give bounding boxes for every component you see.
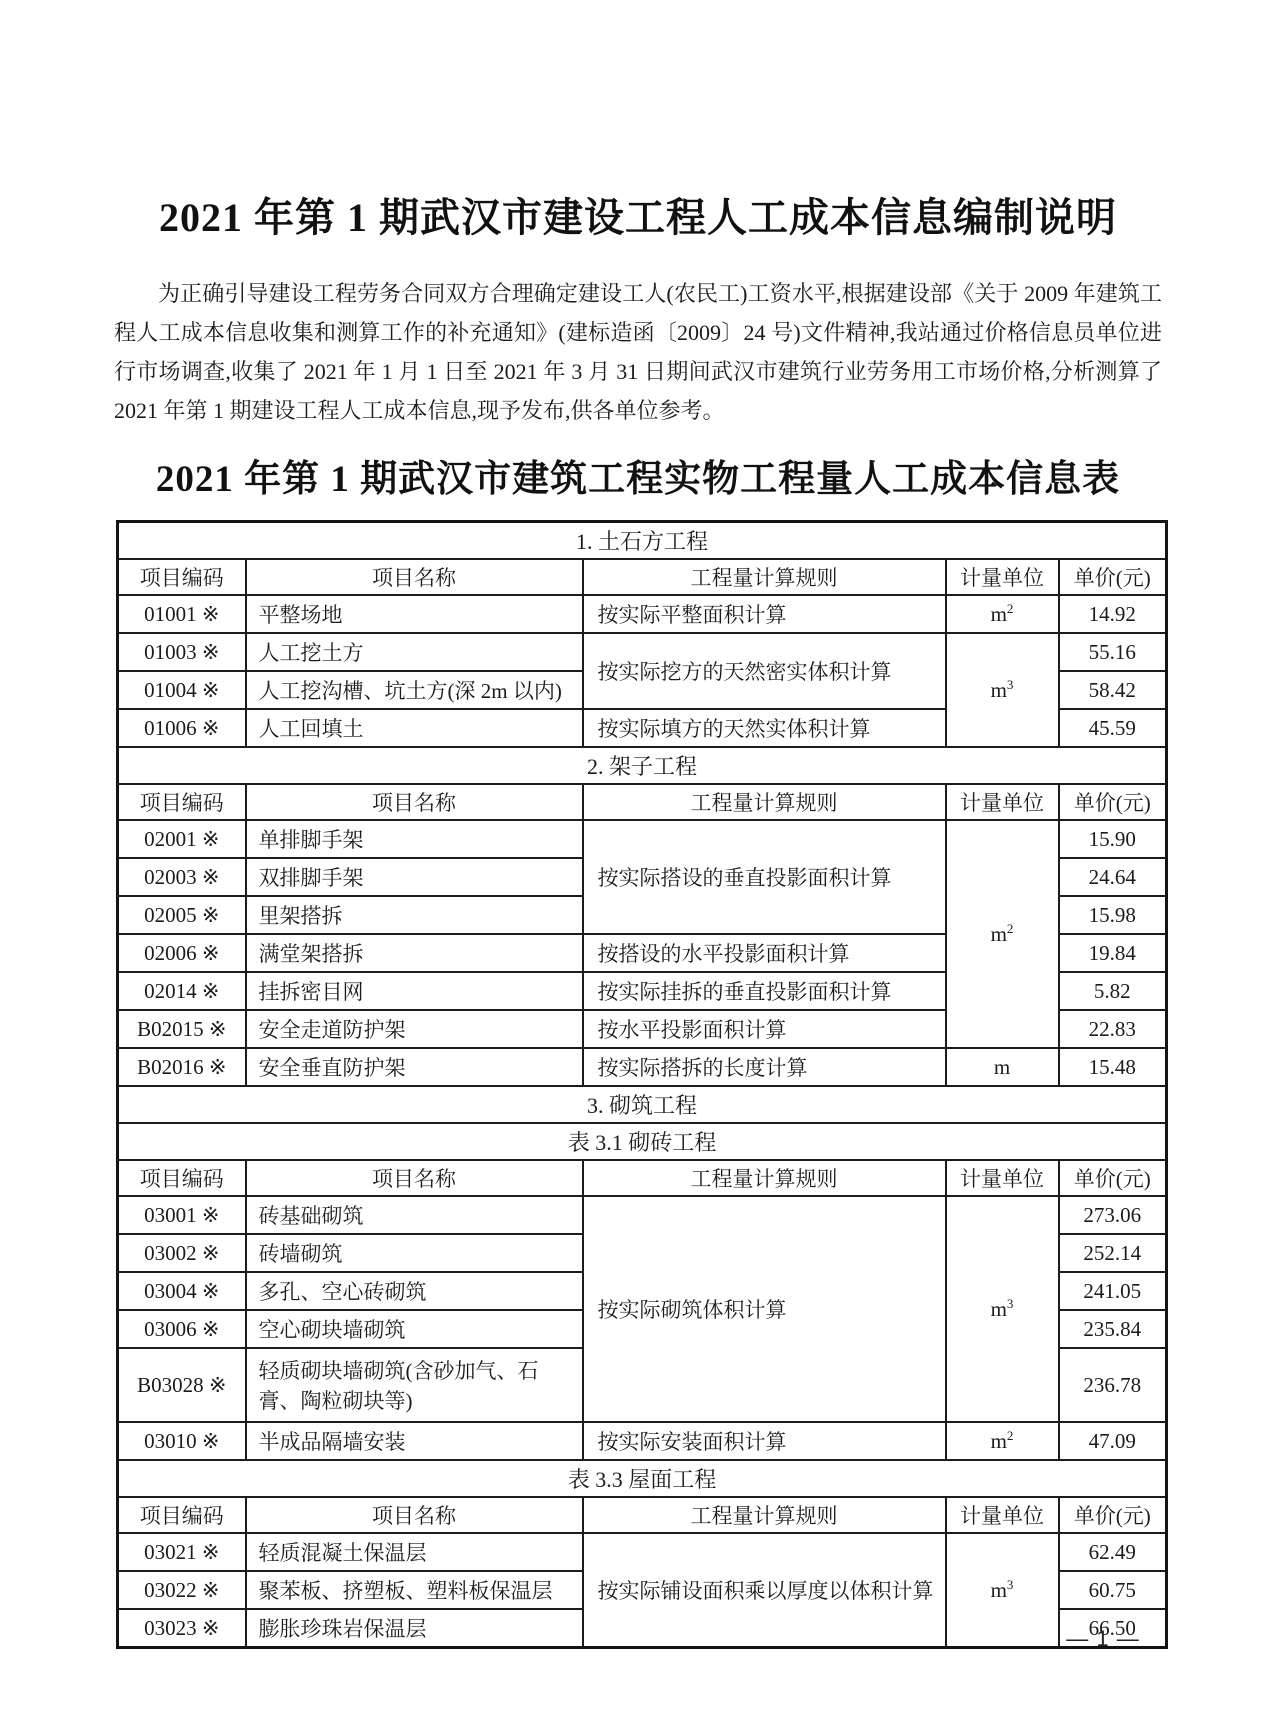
- subsection-row: 表 3.3 屋面工程: [118, 1460, 1167, 1497]
- column-header: 工程量计算规则: [583, 784, 946, 820]
- column-header: 计量单位: [946, 559, 1059, 595]
- unit-cell: m3: [946, 1196, 1059, 1422]
- item-name-cell: 满堂架搭拆: [246, 934, 583, 972]
- table-row: B02016 ※安全垂直防护架按实际搭拆的长度计算m15.48: [118, 1048, 1167, 1086]
- unit-exponent: 3: [1007, 1577, 1014, 1592]
- table-body: 1. 土石方工程项目编码项目名称工程量计算规则计量单位单价(元)01001 ※平…: [118, 522, 1167, 1648]
- header-row: 项目编码项目名称工程量计算规则计量单位单价(元): [118, 1160, 1167, 1196]
- item-code-cell: 03023 ※: [118, 1609, 246, 1648]
- item-code-cell: 03004 ※: [118, 1272, 246, 1310]
- column-header: 计量单位: [946, 784, 1059, 820]
- unit-price-cell: 15.90: [1059, 820, 1167, 858]
- subsection-row: 表 3.1 砌砖工程: [118, 1123, 1167, 1160]
- column-header: 项目编码: [118, 1160, 246, 1196]
- unit-price-cell: 15.98: [1059, 896, 1167, 934]
- unit-price-cell: 24.64: [1059, 858, 1167, 896]
- column-header: 工程量计算规则: [583, 1497, 946, 1533]
- unit-exponent: 2: [1007, 921, 1014, 936]
- table-row: 03021 ※轻质混凝土保温层按实际铺设面积乘以厚度以体积计算m362.49: [118, 1533, 1167, 1571]
- item-name-cell: 安全垂直防护架: [246, 1048, 583, 1086]
- item-name-cell: 砖基础砌筑: [246, 1196, 583, 1234]
- table-section-title: 2. 架子工程: [118, 747, 1167, 784]
- unit-exponent: 3: [1007, 677, 1014, 692]
- item-code-cell: B02016 ※: [118, 1048, 246, 1086]
- item-code-cell: B02015 ※: [118, 1010, 246, 1048]
- calc-rule-cell: 按实际填方的天然实体积计算: [583, 709, 946, 747]
- item-code-cell: 01004 ※: [118, 671, 246, 709]
- item-code-cell: 02003 ※: [118, 858, 246, 896]
- section-row: 2. 架子工程: [118, 747, 1167, 784]
- table-section-title: 3. 砌筑工程: [118, 1086, 1167, 1123]
- header-row: 项目编码项目名称工程量计算规则计量单位单价(元): [118, 784, 1167, 820]
- table-row: 03001 ※砖基础砌筑按实际砌筑体积计算m3273.06: [118, 1196, 1167, 1234]
- calc-rule-cell: 按实际挂拆的垂直投影面积计算: [583, 972, 946, 1010]
- unit-price-cell: 19.84: [1059, 934, 1167, 972]
- table-row: 02001 ※单排脚手架按实际搭设的垂直投影面积计算m215.90: [118, 820, 1167, 858]
- item-code-cell: 03002 ※: [118, 1234, 246, 1272]
- unit-price-cell: 5.82: [1059, 972, 1167, 1010]
- item-code-cell: B03028 ※: [118, 1348, 246, 1422]
- unit-exponent: 2: [1007, 1428, 1014, 1443]
- unit-price-cell: 62.49: [1059, 1533, 1167, 1571]
- column-header: 工程量计算规则: [583, 1160, 946, 1196]
- unit-price-cell: 22.83: [1059, 1010, 1167, 1048]
- table-section-title: 1. 土石方工程: [118, 522, 1167, 560]
- item-code-cell: 02005 ※: [118, 896, 246, 934]
- unit-cell: m2: [946, 595, 1059, 633]
- header-row: 项目编码项目名称工程量计算规则计量单位单价(元): [118, 1497, 1167, 1533]
- column-header: 单价(元): [1059, 1160, 1167, 1196]
- column-header: 工程量计算规则: [583, 559, 946, 595]
- calc-rule-cell: 按实际安装面积计算: [583, 1422, 946, 1460]
- unit-price-cell: 55.16: [1059, 633, 1167, 671]
- document-title: 2021 年第 1 期武汉市建设工程人工成本信息编制说明: [114, 186, 1162, 243]
- item-code-cell: 03001 ※: [118, 1196, 246, 1234]
- unit-price-cell: 235.84: [1059, 1310, 1167, 1348]
- item-code-cell: 02001 ※: [118, 820, 246, 858]
- column-header: 项目名称: [246, 1160, 583, 1196]
- header-row: 项目编码项目名称工程量计算规则计量单位单价(元): [118, 559, 1167, 595]
- item-code-cell: 01001 ※: [118, 595, 246, 633]
- unit-price-cell: 47.09: [1059, 1422, 1167, 1460]
- labor-cost-info-table: 1. 土石方工程项目编码项目名称工程量计算规则计量单位单价(元)01001 ※平…: [116, 520, 1168, 1649]
- column-header: 项目编码: [118, 784, 246, 820]
- item-code-cell: 01006 ※: [118, 709, 246, 747]
- item-code-cell: 03006 ※: [118, 1310, 246, 1348]
- unit-cell: m3: [946, 633, 1059, 747]
- calc-rule-cell: 按实际搭拆的长度计算: [583, 1048, 946, 1086]
- column-header: 项目名称: [246, 1497, 583, 1533]
- item-name-cell: 空心砌块墙砌筑: [246, 1310, 583, 1348]
- calc-rule-cell: 按实际砌筑体积计算: [583, 1196, 946, 1422]
- column-header: 计量单位: [946, 1160, 1059, 1196]
- item-code-cell: 03022 ※: [118, 1571, 246, 1609]
- item-name-cell: 多孔、空心砖砌筑: [246, 1272, 583, 1310]
- column-header: 项目编码: [118, 559, 246, 595]
- table-subsection-title: 表 3.1 砌砖工程: [118, 1123, 1167, 1160]
- item-name-cell: 人工回填土: [246, 709, 583, 747]
- unit-exponent: 2: [1007, 601, 1014, 616]
- section-row: 3. 砌筑工程: [118, 1086, 1167, 1123]
- unit-price-cell: 273.06: [1059, 1196, 1167, 1234]
- calc-rule-cell: 按搭设的水平投影面积计算: [583, 934, 946, 972]
- item-code-cell: 02006 ※: [118, 934, 246, 972]
- unit-cell: m2: [946, 1422, 1059, 1460]
- item-code-cell: 03021 ※: [118, 1533, 246, 1571]
- item-name-cell: 聚苯板、挤塑板、塑料板保温层: [246, 1571, 583, 1609]
- column-header: 项目编码: [118, 1497, 246, 1533]
- item-name-cell: 安全走道防护架: [246, 1010, 583, 1048]
- item-name-cell: 轻质混凝土保温层: [246, 1533, 583, 1571]
- unit-cell: m3: [946, 1533, 1059, 1648]
- item-name-cell: 双排脚手架: [246, 858, 583, 896]
- item-name-cell: 人工挖土方: [246, 633, 583, 671]
- calc-rule-cell: 按水平投影面积计算: [583, 1010, 946, 1048]
- table-row: 01001 ※平整场地按实际平整面积计算m214.92: [118, 595, 1167, 633]
- unit-cell: m2: [946, 820, 1059, 1048]
- item-name-cell: 砖墙砌筑: [246, 1234, 583, 1272]
- section-row: 1. 土石方工程: [118, 522, 1167, 560]
- column-header: 单价(元): [1059, 559, 1167, 595]
- column-header: 项目名称: [246, 784, 583, 820]
- calc-rule-cell: 按实际挖方的天然密实体积计算: [583, 633, 946, 709]
- item-name-cell: 半成品隔墙安装: [246, 1422, 583, 1460]
- table-row: 01003 ※人工挖土方按实际挖方的天然密实体积计算m355.16: [118, 633, 1167, 671]
- unit-price-cell: 45.59: [1059, 709, 1167, 747]
- item-name-cell: 轻质砌块墙砌筑(含砂加气、石膏、陶粒砌块等): [246, 1348, 583, 1422]
- item-name-cell: 人工挖沟槽、坑土方(深 2m 以内): [246, 671, 583, 709]
- item-code-cell: 03010 ※: [118, 1422, 246, 1460]
- item-name-cell: 膨胀珍珠岩保温层: [246, 1609, 583, 1648]
- unit-price-cell: 252.14: [1059, 1234, 1167, 1272]
- unit-price-cell: 241.05: [1059, 1272, 1167, 1310]
- item-name-cell: 单排脚手架: [246, 820, 583, 858]
- column-header: 单价(元): [1059, 1497, 1167, 1533]
- calc-rule-cell: 按实际搭设的垂直投影面积计算: [583, 820, 946, 934]
- calc-rule-cell: 按实际铺设面积乘以厚度以体积计算: [583, 1533, 946, 1648]
- table-subsection-title: 表 3.3 屋面工程: [118, 1460, 1167, 1497]
- unit-exponent: 3: [1007, 1296, 1014, 1311]
- column-header: 单价(元): [1059, 784, 1167, 820]
- unit-price-cell: 58.42: [1059, 671, 1167, 709]
- item-name-cell: 里架搭拆: [246, 896, 583, 934]
- unit-price-cell: 60.75: [1059, 1571, 1167, 1609]
- intro-paragraph: 为正确引导建设工程劳务合同双方合理确定建设工人(农民工)工资水平,根据建设部《关…: [114, 274, 1162, 430]
- calc-rule-cell: 按实际平整面积计算: [583, 595, 946, 633]
- page-number: — 1 —: [1058, 1626, 1148, 1652]
- unit-price-cell: 236.78: [1059, 1348, 1167, 1422]
- unit-price-cell: 14.92: [1059, 595, 1167, 633]
- column-header: 项目名称: [246, 559, 583, 595]
- item-name-cell: 平整场地: [246, 595, 583, 633]
- column-header: 计量单位: [946, 1497, 1059, 1533]
- cost-table-title: 2021 年第 1 期武汉市建筑工程实物工程量人工成本信息表: [114, 448, 1162, 502]
- item-name-cell: 挂拆密目网: [246, 972, 583, 1010]
- unit-price-cell: 15.48: [1059, 1048, 1167, 1086]
- item-code-cell: 01003 ※: [118, 633, 246, 671]
- item-code-cell: 02014 ※: [118, 972, 246, 1010]
- table-row: 03010 ※半成品隔墙安装按实际安装面积计算m247.09: [118, 1422, 1167, 1460]
- unit-cell: m: [946, 1048, 1059, 1086]
